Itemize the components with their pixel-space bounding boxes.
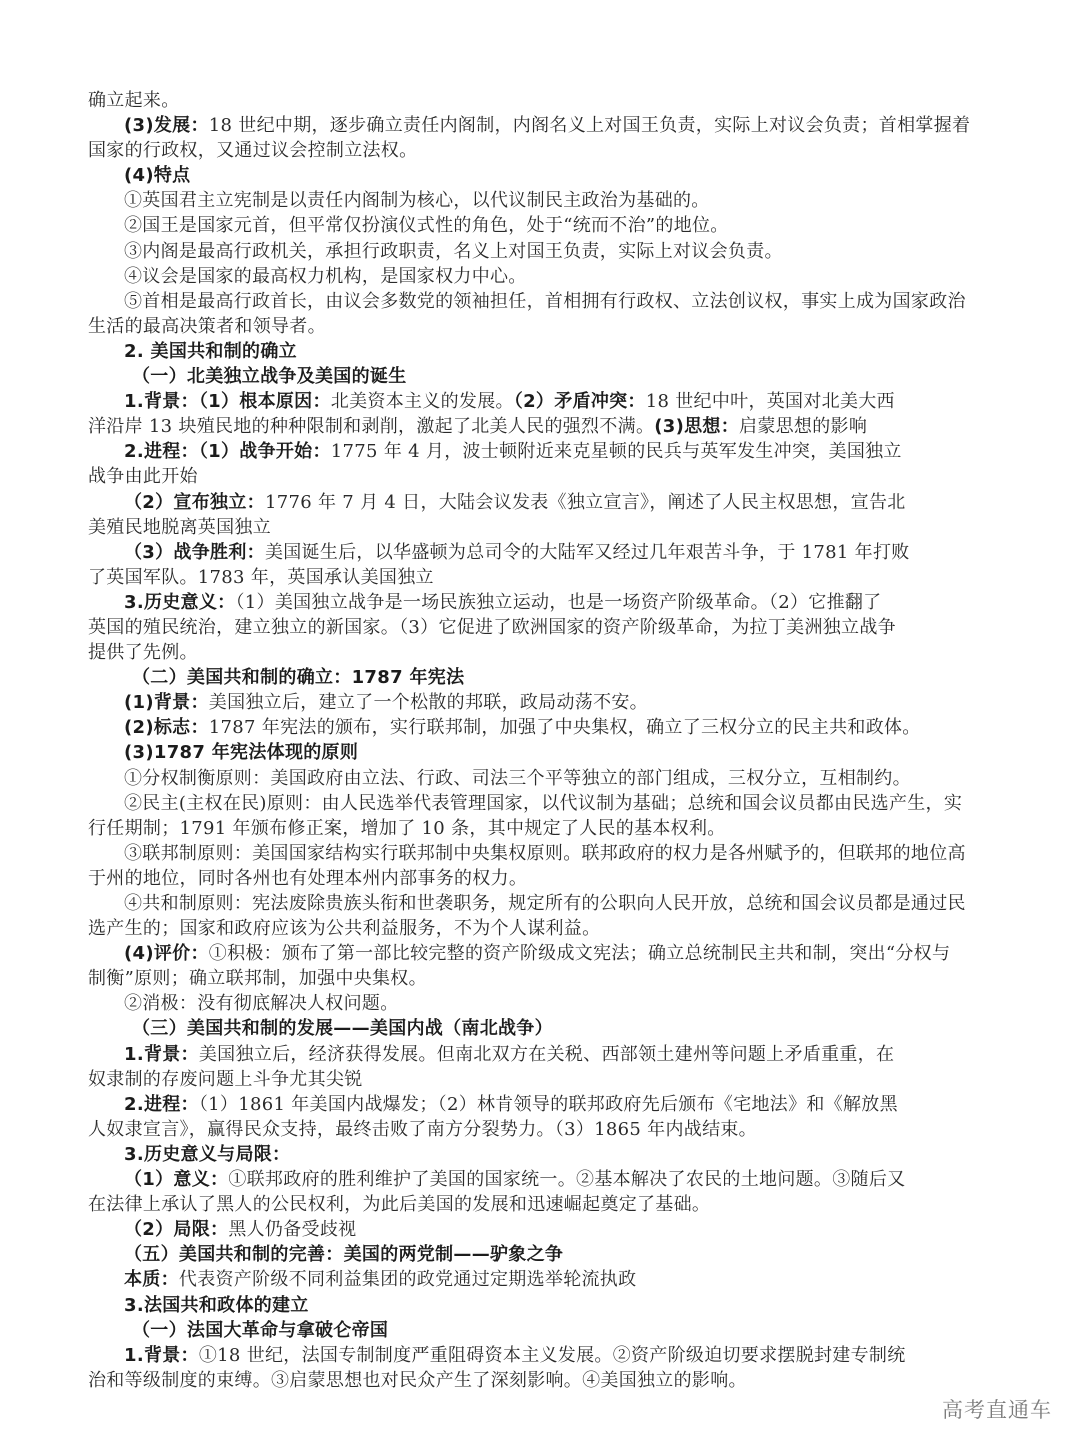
- text-line: （2）局限：黑人仍备受歧视: [88, 1217, 994, 1242]
- body-text: （1）美国独立战争是一场民族独立运动，也是一场资产阶级革命。（2）它推翻了: [235, 592, 881, 613]
- bold-label: 1.背景：: [124, 1345, 199, 1366]
- bold-label: （1）意义：: [124, 1169, 228, 1190]
- bold-label: (1)背景：: [124, 692, 209, 713]
- text-line: 了英国军队。1783 年，英国承认美国独立: [88, 565, 994, 590]
- text-line: 制衡”原则；确立联邦制，加强中央集权。: [88, 966, 994, 991]
- body-text: 确立起来。: [88, 90, 180, 111]
- text-line: 治和等级制度的束缚。③启蒙思想也对民众产生了深刻影响。④美国独立的影响。: [88, 1368, 994, 1393]
- bold-label: (2)标志：: [124, 717, 209, 738]
- body-text: 1787 年宪法的颁布，实行联邦制，加强了中央集权，确立了三权分立的民主共和政体…: [209, 717, 921, 738]
- text-line: (4)评价：①积极：颁布了第一部比较完整的资产阶级成文宪法；确立总统制民主共和制…: [88, 941, 994, 966]
- bold-label: 2.进程：: [124, 1094, 199, 1115]
- text-line: （一）法国大革命与拿破仑帝国: [88, 1318, 994, 1343]
- text-line: 美殖民地脱离英国独立: [88, 515, 994, 540]
- text-line: （1）意义：①联邦政府的胜利维护了美国的国家统一。②基本解决了农民的土地问题。③…: [88, 1167, 994, 1192]
- text-line: 战争由此开始: [88, 464, 994, 489]
- bold-label: 2. 美国共和制的确立: [124, 341, 297, 362]
- text-line: 奴隶制的存废问题上斗争尤其尖锐: [88, 1067, 994, 1092]
- body-text: 美国独立后，经济获得发展。但南北双方在关税、西部领土建州等问题上矛盾重重，在: [199, 1044, 894, 1065]
- text-line: (3)发展：18 世纪中期，逐步确立责任内阁制，内阁名义上对国王负责，实际上对议…: [88, 113, 994, 138]
- body-text: 18 世纪中期，逐步确立责任内阁制，内阁名义上对国王负责，实际上对议会负责；首相…: [209, 115, 971, 136]
- body-text: 了英国军队。1783 年，英国承认美国独立: [88, 567, 434, 588]
- body-text: ②民主(主权在民)原则：由人民选举代表管理国家，以代议制为基础；总统和国会议员都…: [124, 793, 962, 814]
- body-text: 1775 年 4 月，波士顿附近来克星顿的民兵与英军发生冲突，美国独立: [331, 441, 902, 462]
- bold-label: (3)发展：: [124, 115, 209, 136]
- bold-label: （二）美国共和制的确立：1787 年宪法: [132, 667, 464, 688]
- body-text: ①18 世纪，法国专制制度严重阻碍资本主义发展。②资产阶级迫切要求摆脱封建专制统: [199, 1345, 906, 1366]
- text-line: 3.法国共和政体的建立: [88, 1293, 994, 1318]
- body-text: 洋沿岸 13 块殖民地的种种限制和剥削，激起了北美人民的强烈不满。: [88, 416, 654, 437]
- bold-label: 本质：: [124, 1269, 179, 1290]
- text-line: (1)背景：美国独立后，建立了一个松散的邦联，政局动荡不安。: [88, 690, 994, 715]
- body-text: ④共和制原则：宪法废除贵族头衔和世袭职务，规定所有的公职向人民开放，总统和国会议…: [124, 893, 966, 914]
- text-line: （三）美国共和制的发展——美国内战（南北战争）: [88, 1016, 994, 1041]
- text-line: （3）战争胜利：美国诞生后，以华盛顿为总司令的大陆军又经过几年艰苦斗争，于 17…: [88, 540, 994, 565]
- body-text: 代表资产阶级不同利益集团的政党通过定期选举轮流执政: [179, 1269, 637, 1290]
- body-text: 人奴隶宣言》，赢得民众支持，最终击败了南方分裂势力。（3）1865 年内战结束。: [88, 1119, 757, 1140]
- bold-label: （2）矛盾冲突：: [514, 391, 646, 412]
- body-text: 战争由此开始: [88, 466, 198, 487]
- bold-label: （五）美国共和制的完善：美国的两党制——驴象之争: [124, 1244, 563, 1265]
- text-line: 确立起来。: [88, 88, 994, 113]
- bold-label: (4)特点: [124, 165, 190, 186]
- text-line: 1.背景：美国独立后，经济获得发展。但南北双方在关税、西部领土建州等问题上矛盾重…: [88, 1042, 994, 1067]
- text-line: 2. 美国共和制的确立: [88, 339, 994, 364]
- text-line: （2）宣布独立：1776 年 7 月 4 日，大陆会议发表《独立宣言》，阐述了人…: [88, 490, 994, 515]
- text-line: ③内阁是最高行政机关，承担行政职责，名义上对国王负责，实际上对议会负责。: [88, 239, 994, 264]
- bold-label: (3)1787 年宪法体现的原则: [124, 742, 358, 763]
- body-text: ①分权制衡原则：美国政府由立法、行政、司法三个平等独立的部门组成，三权分立，互相…: [124, 768, 911, 789]
- text-line: 生活的最高决策者和领导者。: [88, 314, 994, 339]
- text-line: 3.历史意义与局限：: [88, 1142, 994, 1167]
- text-line: （五）美国共和制的完善：美国的两党制——驴象之争: [88, 1242, 994, 1267]
- text-line: 洋沿岸 13 块殖民地的种种限制和剥削，激起了北美人民的强烈不满。(3)思想：启…: [88, 414, 994, 439]
- bold-label: （3）战争胜利：: [124, 542, 265, 563]
- body-text: ③联邦制原则：美国国家结构实行联邦制中央集权原则。联邦政府的权力是各州赋予的，但…: [124, 843, 966, 864]
- bold-label: (3)思想：: [654, 416, 739, 437]
- body-text: ③内阁是最高行政机关，承担行政职责，名义上对国王负责，实际上对议会负责。: [124, 241, 783, 262]
- text-line: ②消极：没有彻底解决人权问题。: [88, 991, 994, 1016]
- text-line: 3.历史意义：（1）美国独立战争是一场民族独立运动，也是一场资产阶级革命。（2）…: [88, 590, 994, 615]
- bold-label: （一）法国大革命与拿破仑帝国: [132, 1320, 388, 1341]
- text-line: 国家的行政权，又通过议会控制立法权。: [88, 138, 994, 163]
- body-text: ②消极：没有彻底解决人权问题。: [124, 993, 399, 1014]
- bold-label: （2）宣布独立：: [124, 492, 265, 513]
- text-line: (4)特点: [88, 163, 994, 188]
- body-text: 美殖民地脱离英国独立: [88, 517, 271, 538]
- body-text: 启蒙思想的影响: [739, 416, 867, 437]
- body-text: 北美资本主义的发展。: [331, 391, 514, 412]
- text-line: ①英国君主立宪制是以责任内阁制为核心，以代议制民主政治为基础的。: [88, 188, 994, 213]
- body-text: 制衡”原则；确立联邦制，加强中央集权。: [88, 968, 427, 989]
- body-text: ⑤首相是最高行政首长，由议会多数党的领袖担任，首相拥有行政权、立法创议权，事实上…: [124, 291, 966, 312]
- body-text: 18 世纪中叶，英国对北美大西: [646, 391, 895, 412]
- body-text: 选产生的；国家和政府应该为公共利益服务，不为个人谋利益。: [88, 918, 600, 939]
- text-line: 于州的地位，同时各州也有处理本州内部事务的权力。: [88, 866, 994, 891]
- body-text: 英国的殖民统治，建立独立的新国家。（3）它促进了欧洲国家的资产阶级革命，为拉丁美…: [88, 617, 896, 638]
- body-text: ①联邦政府的胜利维护了美国的国家统一。②基本解决了农民的土地问题。③随后又: [228, 1169, 905, 1190]
- text-line: ②国王是国家元首，但平常仅扮演仪式性的角色，处于“统而不治”的地位。: [88, 213, 994, 238]
- text-line: 2.进程：（1）战争开始：1775 年 4 月，波士顿附近来克星顿的民兵与英军发…: [88, 439, 994, 464]
- text-line: （一）北美独立战争及美国的诞生: [88, 364, 994, 389]
- bold-label: 2.进程：（1）战争开始：: [124, 441, 331, 462]
- bold-label: （三）美国共和制的发展——美国内战（南北战争）: [132, 1018, 553, 1039]
- text-line: 2.进程：（1）1861 年美国内战爆发；（2）林肯领导的联邦政府先后颁布《宅地…: [88, 1092, 994, 1117]
- text-line: 英国的殖民统治，建立独立的新国家。（3）它促进了欧洲国家的资产阶级革命，为拉丁美…: [88, 615, 994, 640]
- document-body: 确立起来。(3)发展：18 世纪中期，逐步确立责任内阁制，内阁名义上对国王负责，…: [88, 88, 994, 1393]
- text-line: 1.背景：①18 世纪，法国专制制度严重阻碍资本主义发展。②资产阶级迫切要求摆脱…: [88, 1343, 994, 1368]
- text-line: (3)1787 年宪法体现的原则: [88, 740, 994, 765]
- body-text: 于州的地位，同时各州也有处理本州内部事务的权力。: [88, 868, 527, 889]
- text-line: 提供了先例。: [88, 640, 994, 665]
- text-line: ①分权制衡原则：美国政府由立法、行政、司法三个平等独立的部门组成，三权分立，互相…: [88, 766, 994, 791]
- body-text: 提供了先例。: [88, 642, 198, 663]
- bold-label: 1.背景：（1）根本原因：: [124, 391, 331, 412]
- text-line: 在法律上承认了黑人的公民权利，为此后美国的发展和迅速崛起奠定了基础。: [88, 1192, 994, 1217]
- text-line: （二）美国共和制的确立：1787 年宪法: [88, 665, 994, 690]
- text-line: 行任期制；1791 年颁布修正案，增加了 10 条，其中规定了人民的基本权利。: [88, 816, 994, 841]
- watermark: 高考直通车: [942, 1394, 1052, 1424]
- body-text: ①英国君主立宪制是以责任内阁制为核心，以代议制民主政治为基础的。: [124, 190, 710, 211]
- text-line: ④议会是国家的最高权力机构，是国家权力中心。: [88, 264, 994, 289]
- bold-label: （一）北美独立战争及美国的诞生: [132, 366, 407, 387]
- body-text: 在法律上承认了黑人的公民权利，为此后美国的发展和迅速崛起奠定了基础。: [88, 1194, 710, 1215]
- body-text: 治和等级制度的束缚。③启蒙思想也对民众产生了深刻影响。④美国独立的影响。: [88, 1370, 747, 1391]
- body-text: 国家的行政权，又通过议会控制立法权。: [88, 140, 417, 161]
- body-text: ④议会是国家的最高权力机构，是国家权力中心。: [124, 266, 527, 287]
- text-line: 1.背景：（1）根本原因：北美资本主义的发展。（2）矛盾冲突：18 世纪中叶，英…: [88, 389, 994, 414]
- text-line: ③联邦制原则：美国国家结构实行联邦制中央集权原则。联邦政府的权力是各州赋予的，但…: [88, 841, 994, 866]
- body-text: （1）1861 年美国内战爆发；（2）林肯领导的联邦政府先后颁布《宅地法》和《解…: [199, 1094, 898, 1115]
- body-text: 行任期制；1791 年颁布修正案，增加了 10 条，其中规定了人民的基本权利。: [88, 818, 726, 839]
- bold-label: 1.背景：: [124, 1044, 199, 1065]
- body-text: ①积极：颁布了第一部比较完整的资产阶级成文宪法；确立总统制民主共和制，突出“分权…: [209, 943, 951, 964]
- body-text: 美国独立后，建立了一个松散的邦联，政局动荡不安。: [209, 692, 648, 713]
- body-text: 黑人仍备受歧视: [228, 1219, 356, 1240]
- bold-label: 3.历史意义：: [124, 592, 235, 613]
- body-text: 美国诞生后，以华盛顿为总司令的大陆军又经过几年艰苦斗争，于 1781 年打败: [265, 542, 910, 563]
- bold-label: （2）局限：: [124, 1219, 228, 1240]
- text-line: ⑤首相是最高行政首长，由议会多数党的领袖担任，首相拥有行政权、立法创议权，事实上…: [88, 289, 994, 314]
- body-text: 1776 年 7 月 4 日，大陆会议发表《独立宣言》，阐述了人民主权思想，宣告…: [265, 492, 906, 513]
- body-text: 生活的最高决策者和领导者。: [88, 316, 326, 337]
- text-line: ④共和制原则：宪法废除贵族头衔和世袭职务，规定所有的公职向人民开放，总统和国会议…: [88, 891, 994, 916]
- text-line: 人奴隶宣言》，赢得民众支持，最终击败了南方分裂势力。（3）1865 年内战结束。: [88, 1117, 994, 1142]
- bold-label: (4)评价：: [124, 943, 209, 964]
- text-line: (2)标志：1787 年宪法的颁布，实行联邦制，加强了中央集权，确立了三权分立的…: [88, 715, 994, 740]
- text-line: 本质：代表资产阶级不同利益集团的政党通过定期选举轮流执政: [88, 1267, 994, 1292]
- text-line: 选产生的；国家和政府应该为公共利益服务，不为个人谋利益。: [88, 916, 994, 941]
- bold-label: 3.法国共和政体的建立: [124, 1295, 309, 1316]
- body-text: ②国王是国家元首，但平常仅扮演仪式性的角色，处于“统而不治”的地位。: [124, 215, 729, 236]
- bold-label: 3.历史意义与局限：: [124, 1144, 290, 1165]
- text-line: ②民主(主权在民)原则：由人民选举代表管理国家，以代议制为基础；总统和国会议员都…: [88, 791, 994, 816]
- body-text: 奴隶制的存废问题上斗争尤其尖锐: [88, 1069, 363, 1090]
